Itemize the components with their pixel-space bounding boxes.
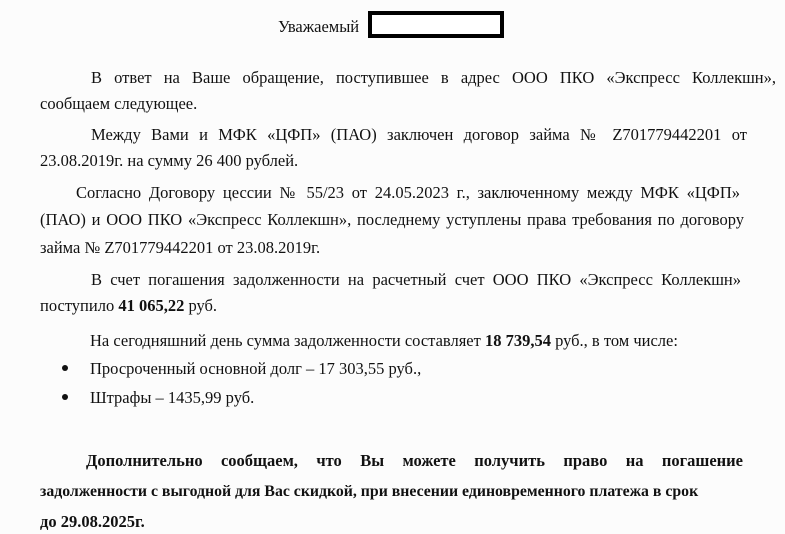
paragraph-1-line-1: В ответ на Ваше обращение, поступившее в…	[91, 68, 776, 88]
greeting-salutation: Уважаемый	[278, 17, 359, 37]
paragraph-3-line-2: (ПАО) и ООО ПКО «Экспресс Коллекшн», пос…	[40, 210, 744, 230]
penalties-item: Штрафы – 1435,99 руб.	[90, 388, 254, 408]
paragraph-5-suffix: руб., в том числе:	[551, 331, 678, 350]
principal-debt-item: Просроченный основной долг – 17 303,55 р…	[90, 359, 421, 379]
paragraph-2-line-2: 23.08.2019г. на сумму 26 400 рублей.	[40, 151, 298, 171]
paragraph-5: На сегодняшний день сумма задолженности …	[90, 331, 678, 351]
paragraph-5-prefix: На сегодняшний день сумма задолженности …	[90, 331, 485, 350]
received-amount: 41 065,22	[118, 296, 184, 315]
paragraph-6-line-1: Дополнительно сообщаем, что Вы можете по…	[86, 451, 743, 471]
paragraph-3-line-3: займа № Z701779442201 от 23.08.2019г.	[40, 238, 320, 258]
payment-deadline: до 29.08.2025г.	[40, 512, 145, 532]
paragraph-6-line-2: задолженности с выгодной для Вас скидкой…	[40, 482, 698, 502]
bullet-icon	[62, 365, 68, 371]
paragraph-3-line-1: Согласно Договору цессии № 55/23 от 24.0…	[76, 183, 740, 203]
paragraph-4-prefix: поступило	[40, 296, 118, 315]
paragraph-4-line-2: поступило 41 065,22 руб.	[40, 296, 217, 316]
paragraph-1-line-2: сообщаем следующее.	[40, 94, 197, 114]
total-debt-amount: 18 739,54	[485, 331, 551, 350]
paragraph-4-line-1: В счет погашения задолженности на расчет…	[91, 270, 741, 290]
paragraph-2-line-1: Между Вами и МФК «ЦФП» (ПАО) заключен до…	[91, 125, 747, 145]
redacted-recipient-name	[368, 11, 504, 38]
bullet-icon	[62, 394, 68, 400]
paragraph-4-suffix: руб.	[184, 296, 217, 315]
